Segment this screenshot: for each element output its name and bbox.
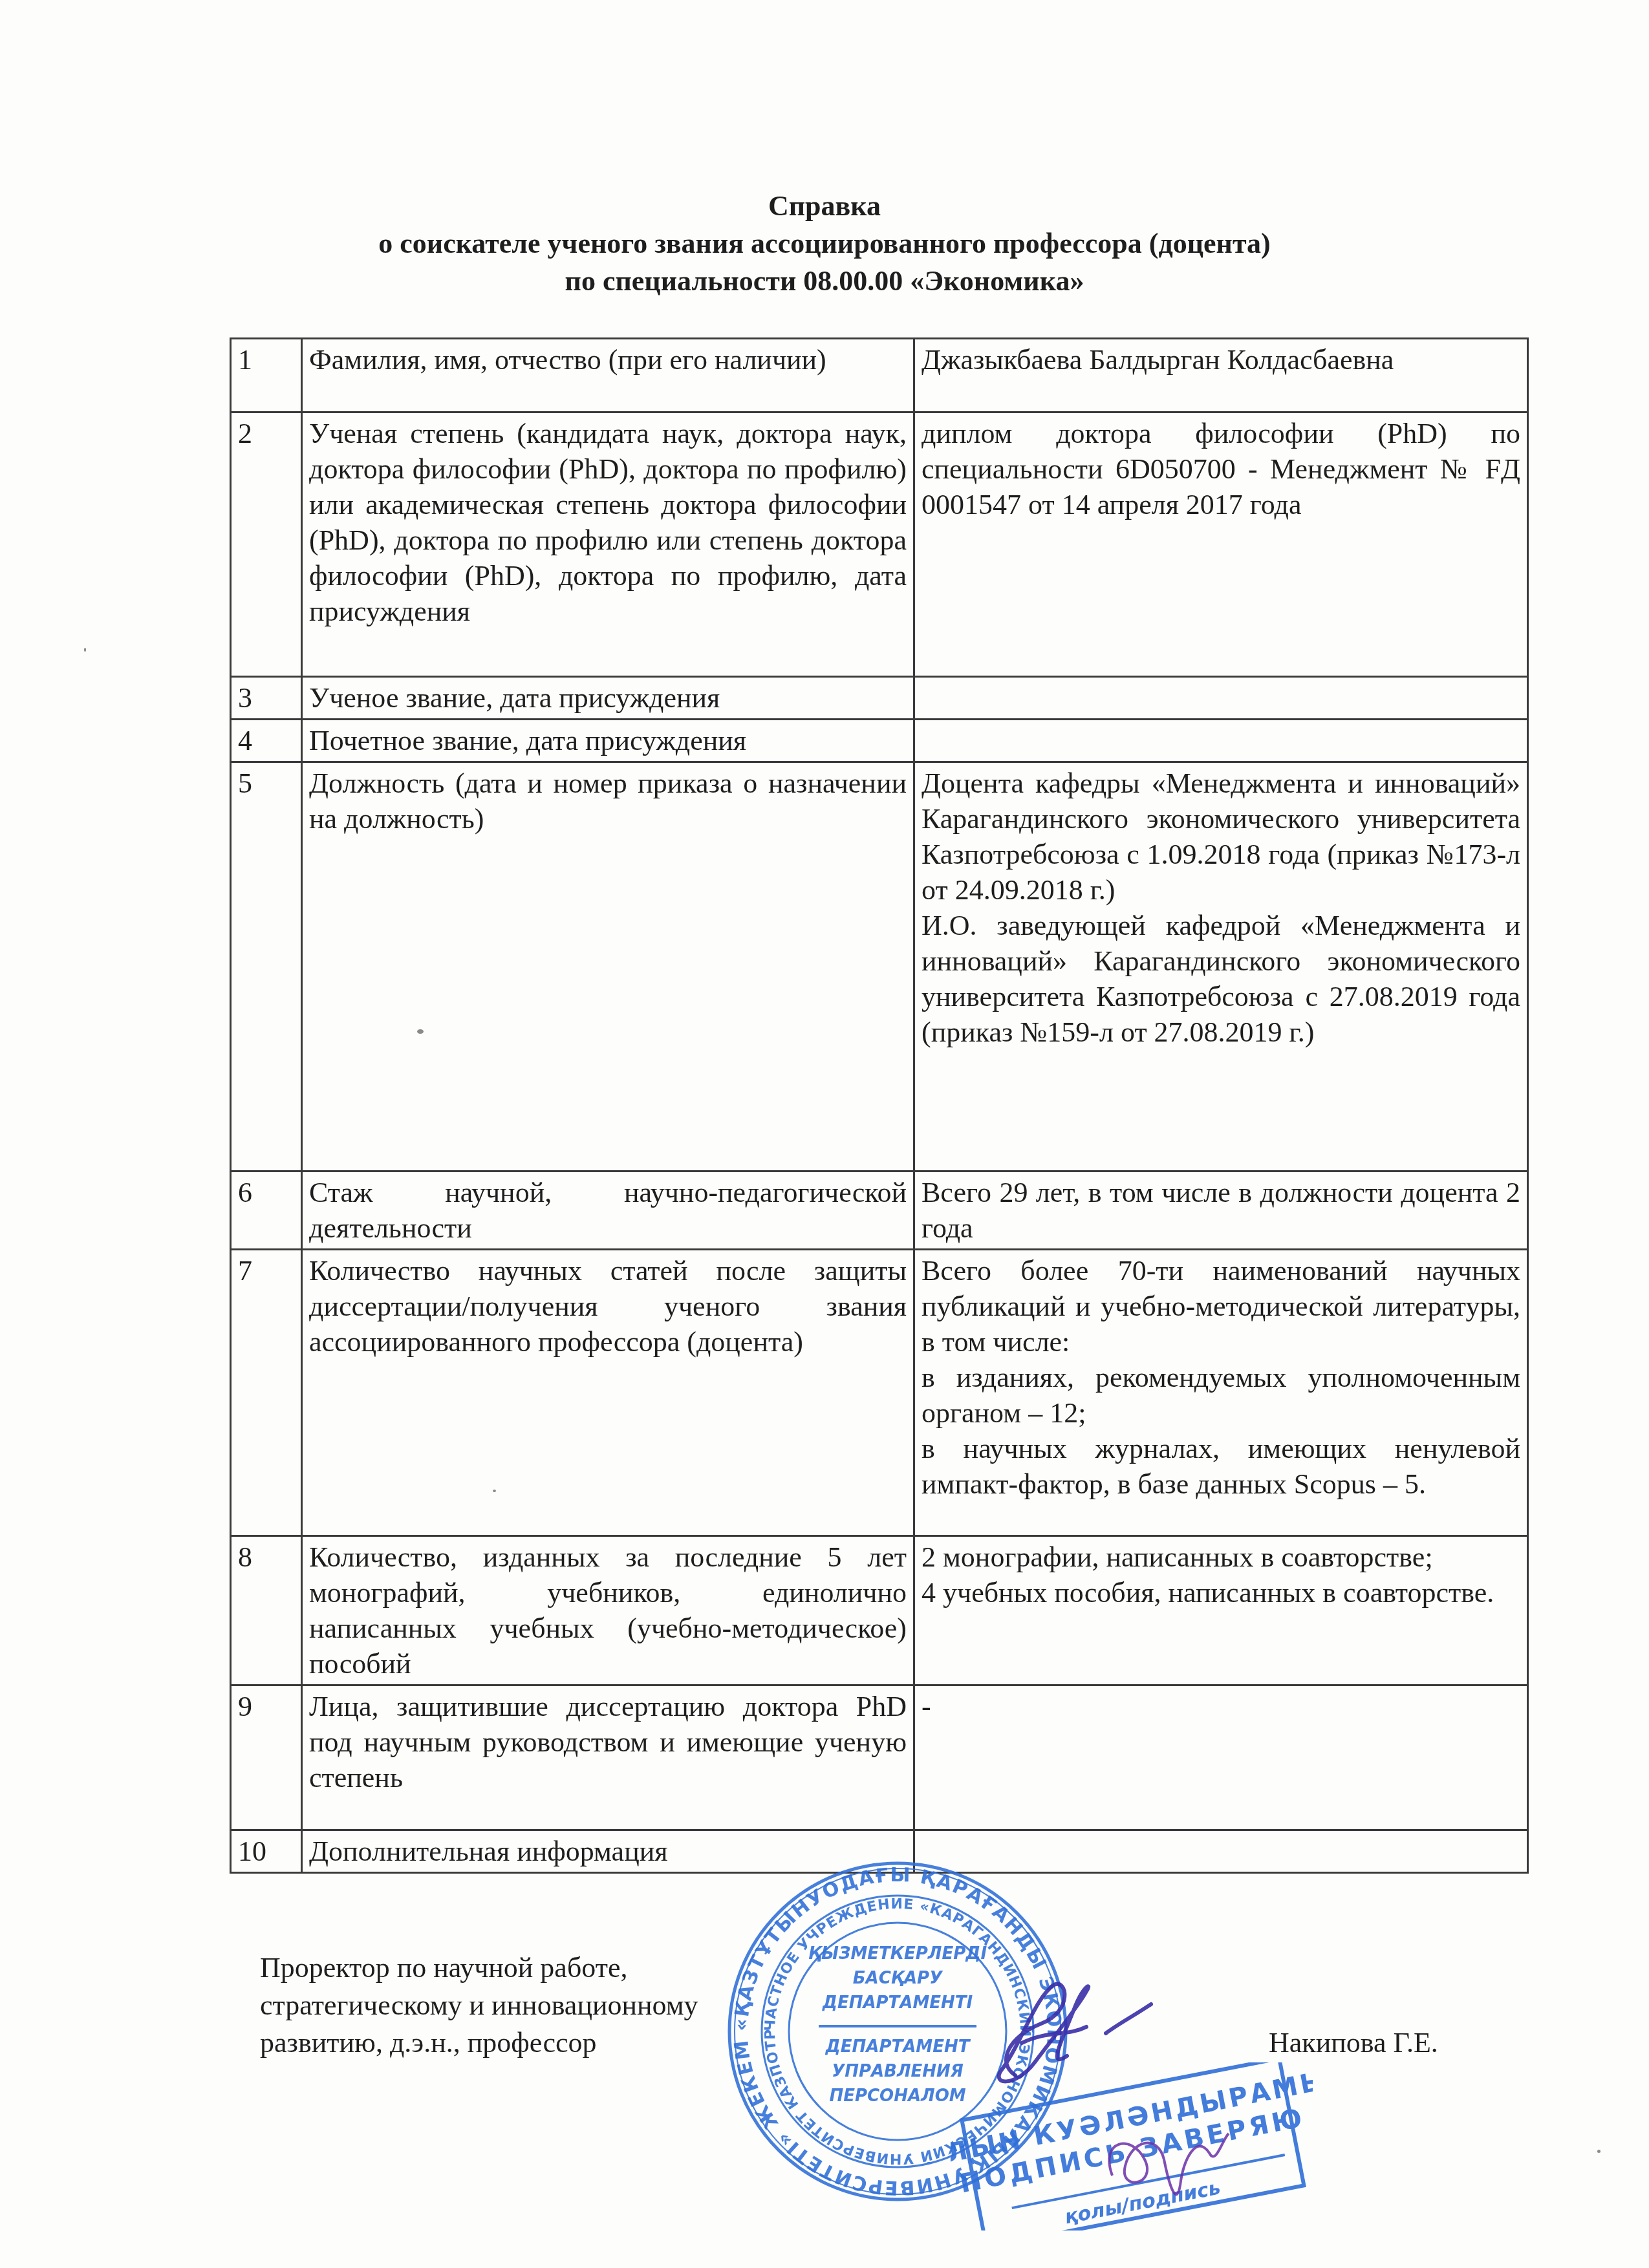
- row-value: диплом доктора философии (PhD) по специа…: [914, 412, 1528, 677]
- row-number: 2: [231, 412, 302, 677]
- document-subtitle-line2: по специальности 08.00.00 «Экономика»: [0, 262, 1649, 300]
- document-header: Справка о соискателе ученого звания ассо…: [0, 187, 1649, 300]
- signatory-name: Накипова Г.Е.: [1269, 2024, 1438, 2062]
- value-line: 2 монографии, написанных в соавторстве;: [921, 1539, 1520, 1575]
- value-line: Всего более 70-ти наименований научных п…: [921, 1253, 1520, 1360]
- value-line: в научных журналах, имеющих ненулевой им…: [921, 1431, 1520, 1502]
- value-line: Доцента кафедры «Менеджмента и инноваций…: [921, 765, 1520, 908]
- table-row: 3 Ученое звание, дата присуждения: [231, 677, 1528, 720]
- row-label: Дополнительная информация: [302, 1830, 914, 1873]
- row-number: 3: [231, 677, 302, 720]
- value-line: Всего 29 лет, в том числе в должности до…: [921, 1175, 1520, 1246]
- row-label: Количество, изданных за последние 5 лет …: [302, 1536, 914, 1685]
- row-label: Стаж научной, научно-педагогической деят…: [302, 1171, 914, 1250]
- info-table: 1 Фамилия, имя, отчество (при его наличи…: [230, 337, 1529, 1874]
- row-label: Почетное звание, дата присуждения: [302, 720, 914, 762]
- svg-text:ЧАСТНОЕ УЧРЕЖДЕНИЕ «КАРАГАНДИН: ЧАСТНОЕ УЧРЕЖДЕНИЕ «КАРАГАНДИНСКИЙ ЭКОНО…: [723, 1857, 1033, 2166]
- value-line: в изданиях, рекомендуемых уполномоченным…: [921, 1360, 1520, 1431]
- row-value: Всего более 70-ти наименований научных п…: [914, 1250, 1528, 1536]
- row-label: Должность (дата и номер приказа о назнач…: [302, 762, 914, 1171]
- row-value: -: [914, 1685, 1528, 1830]
- svg-text:УПРАВЛЕНИЯ: УПРАВЛЕНИЯ: [832, 2062, 964, 2081]
- row-label: Ученая степень (кандидата наук, доктора …: [302, 412, 914, 677]
- svg-text:БАСҚАРУ: БАСҚАРУ: [853, 1969, 943, 1988]
- signatory-position-line3: развитию, д.э.н., профессор: [260, 2024, 698, 2062]
- stamp-inner-text: ЧАСТНОЕ УЧРЕЖДЕНИЕ «КАРАГАНДИНСКИЙ ЭКОНО…: [723, 1857, 1033, 2166]
- certification-stamp-icon: ҚОЛЫН КУӘЛӘНДЫРАМЫН ПОДПИСЬ ЗАВЕРЯЮ қолы…: [951, 2062, 1313, 2231]
- round-stamp-icon: «ҚАЗТҰТЫНУОДАҒЫ ҚАРАҒАНДЫ ЭКОНОМИКАЛЫҚ У…: [723, 1857, 1072, 2206]
- row-number: 9: [231, 1685, 302, 1830]
- row-number: 8: [231, 1536, 302, 1685]
- row-value: Джазыкбаева Балдырган Колдасбаевна: [914, 339, 1528, 412]
- svg-text:ДЕПАРТАМЕНТ: ДЕПАРТАМЕНТ: [825, 2037, 971, 2057]
- document-subtitle-line1: о соискателе ученого звания ассоциирован…: [0, 225, 1649, 262]
- row-label: Количество научных статей после защиты д…: [302, 1250, 914, 1536]
- table-row: 8 Количество, изданных за последние 5 ле…: [231, 1536, 1528, 1685]
- row-number: 7: [231, 1250, 302, 1536]
- row-label: Лица, защитившие диссертацию доктора PhD…: [302, 1685, 914, 1830]
- value-line: И.О. заведующей кафедрой «Менеджмента и …: [921, 908, 1520, 1050]
- row-value: [914, 1830, 1528, 1873]
- value-line: диплом доктора философии (PhD) по специа…: [921, 416, 1520, 522]
- table-row: 4 Почетное звание, дата присуждения: [231, 720, 1528, 762]
- svg-text:қолы/подпись: қолы/подпись: [1062, 2176, 1222, 2229]
- svg-text:«ҚАЗТҰТЫНУОДАҒЫ ҚАРАҒАНДЫ ЭКОН: «ҚАЗТҰТЫНУОДАҒЫ ҚАРАҒАНДЫ ЭКОНОМИКАЛЫҚ У…: [723, 1857, 1065, 2199]
- row-label: Ученое звание, дата присуждения: [302, 677, 914, 720]
- signatory-position: Проректор по научной работе, стратегичес…: [260, 1949, 698, 2062]
- value-line: -: [921, 1689, 1520, 1724]
- value-line: Джазыкбаева Балдырган Колдасбаевна: [921, 342, 1520, 378]
- table-row: 6 Стаж научной, научно-педагогической де…: [231, 1171, 1528, 1250]
- svg-text:ҚОЛЫН КУӘЛӘНДЫРАМЫН: ҚОЛЫН КУӘЛӘНДЫРАМЫН: [951, 2062, 1313, 2177]
- row-value: Доцента кафедры «Менеджмента и инноваций…: [914, 762, 1528, 1171]
- table-row: 2 Ученая степень (кандидата наук, доктор…: [231, 412, 1528, 677]
- table-row: 10 Дополнительная информация: [231, 1830, 1528, 1873]
- row-number: 10: [231, 1830, 302, 1873]
- signature-icon: [918, 1965, 1190, 2095]
- table-row: 1 Фамилия, имя, отчество (при его наличи…: [231, 339, 1528, 412]
- svg-text:ДЕПАРТАМЕНТІ: ДЕПАРТАМЕНТІ: [822, 1993, 973, 2013]
- table-row: 9 Лица, защитившие диссертацию доктора P…: [231, 1685, 1528, 1830]
- table-row: 5 Должность (дата и номер приказа о назн…: [231, 762, 1528, 1171]
- row-value: Всего 29 лет, в том числе в должности до…: [914, 1171, 1528, 1250]
- stamp-outer-text: «ҚАЗТҰТЫНУОДАҒЫ ҚАРАҒАНДЫ ЭКОНОМИКАЛЫҚ У…: [723, 1857, 1065, 2199]
- row-value: [914, 677, 1528, 720]
- row-value: 2 монографии, написанных в соавторстве; …: [914, 1536, 1528, 1685]
- row-number: 5: [231, 762, 302, 1171]
- row-number: 4: [231, 720, 302, 762]
- svg-text:ҚЫЗМЕТКЕРЛЕРДІ: ҚЫЗМЕТКЕРЛЕРДІ: [808, 1944, 987, 1963]
- row-number: 6: [231, 1171, 302, 1250]
- value-line: 4 учебных пособия, написанных в соавторс…: [921, 1575, 1520, 1610]
- signatory-position-line1: Проректор по научной работе,: [260, 1949, 698, 1987]
- svg-text:ПЕРСОНАЛОМ: ПЕРСОНАЛОМ: [829, 2086, 965, 2106]
- svg-text:ПОДПИСЬ ЗАВЕРЯЮ: ПОДПИСЬ ЗАВЕРЯЮ: [957, 2102, 1308, 2199]
- table-row: 7 Количество научных статей после защиты…: [231, 1250, 1528, 1536]
- signatory-position-line2: стратегическому и инновационному: [260, 1987, 698, 2024]
- row-number: 1: [231, 339, 302, 412]
- row-value: [914, 720, 1528, 762]
- row-label: Фамилия, имя, отчество (при его наличии): [302, 339, 914, 412]
- document-title: Справка: [0, 187, 1649, 225]
